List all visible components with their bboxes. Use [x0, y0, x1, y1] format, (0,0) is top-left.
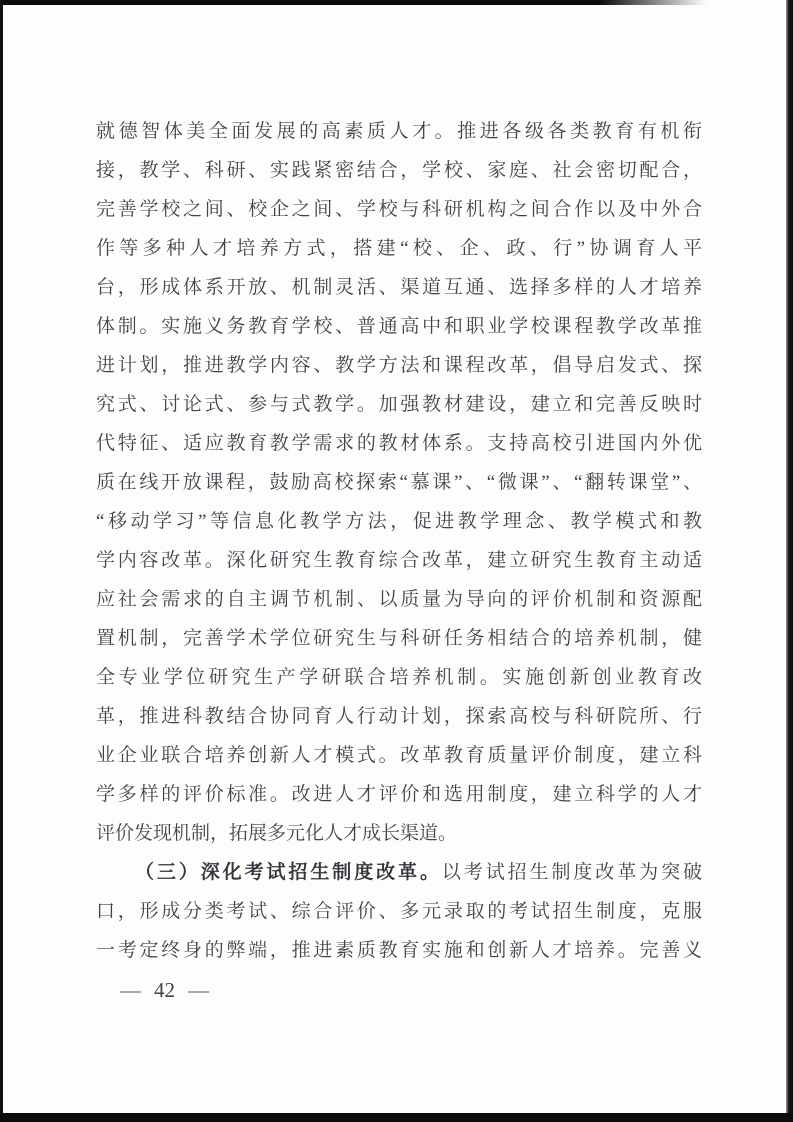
section-heading-rest: 以考试招生制度改革为突破	[442, 862, 702, 883]
page-number: — 42 —	[120, 976, 209, 1004]
text-line: 置机制，完善学术学位研究生与科研任务相结合的培养机制，健	[96, 619, 702, 658]
text-line: 学内容改革。深化研究生教育综合改革，建立研究生教育主动适	[96, 541, 702, 580]
scan-edge-right	[786, 0, 793, 1122]
text-line: 接，教学、科研、实践紧密结合，学校、家庭、社会密切配合，	[96, 151, 702, 190]
text-line: 一考定终身的弊端，推进素质教育实施和创新人才培养。完善义	[96, 931, 702, 970]
scan-edge-bottom	[0, 1113, 793, 1122]
text-line: 评价发现机制，拓展多元化人才成长渠道。	[96, 814, 702, 853]
section-heading: （三）深化考试招生制度改革。	[135, 862, 442, 883]
text-line: 质在线开放课程，鼓励高校探索“慕课”、“微课”、“翻转课堂”、	[96, 463, 702, 502]
text-line: “移动学习”等信息化教学方法，促进教学理念、教学模式和教	[96, 502, 702, 541]
document-page: 就德智体美全面发展的高素质人才。推进各级各类教育有机衔 接，教学、科研、实践紧密…	[0, 0, 793, 1122]
text-line: 进计划，推进教学内容、教学方法和课程改革，倡导启发式、探	[96, 346, 702, 385]
page-number-value: 42	[154, 976, 175, 1004]
text-line: 完善学校之间、校企之间、学校与科研机构之间合作以及中外合	[96, 190, 702, 229]
text-line: 口，形成分类考试、综合评价、多元录取的考试招生制度，克服	[96, 892, 702, 931]
text-line: 应社会需求的自主调节机制、以质量为导向的评价机制和资源配	[96, 580, 702, 619]
text-line: 学多样的评价标准。改进人才评价和选用制度，建立科学的人才	[96, 775, 702, 814]
page-number-dash-right: —	[188, 976, 209, 1004]
body-text: 就德智体美全面发展的高素质人才。推进各级各类教育有机衔 接，教学、科研、实践紧密…	[96, 112, 702, 970]
text-line: 体制。实施义务教育学校、普通高中和职业学校课程教学改革推	[96, 307, 702, 346]
text-line: 革，推进科教结合协同育人行动计划，探索高校与科研院所、行	[96, 697, 702, 736]
page-number-dash-left: —	[120, 976, 141, 1004]
text-line: 业企业联合培养创新人才模式。改革教育质量评价制度，建立科	[96, 736, 702, 775]
scan-edge-top	[0, 0, 714, 5]
text-line: 台，形成体系开放、机制灵活、渠道互通、选择多样的人才培养	[96, 268, 702, 307]
text-line: 就德智体美全面发展的高素质人才。推进各级各类教育有机衔	[96, 112, 702, 151]
text-line: 代特征、适应教育教学需求的教材体系。支持高校引进国内外优	[96, 424, 702, 463]
text-line: 究式、讨论式、参与式教学。加强教材建设，建立和完善反映时	[96, 385, 702, 424]
paragraph2-first-line: （三）深化考试招生制度改革。以考试招生制度改革为突破	[96, 853, 702, 892]
text-line: 全专业学位研究生产学研联合培养机制。实施创新创业教育改	[96, 658, 702, 697]
scan-edge-left	[0, 0, 3, 1122]
text-line: 作等多种人才培养方式，搭建“校、企、政、行”协调育人平	[96, 229, 702, 268]
